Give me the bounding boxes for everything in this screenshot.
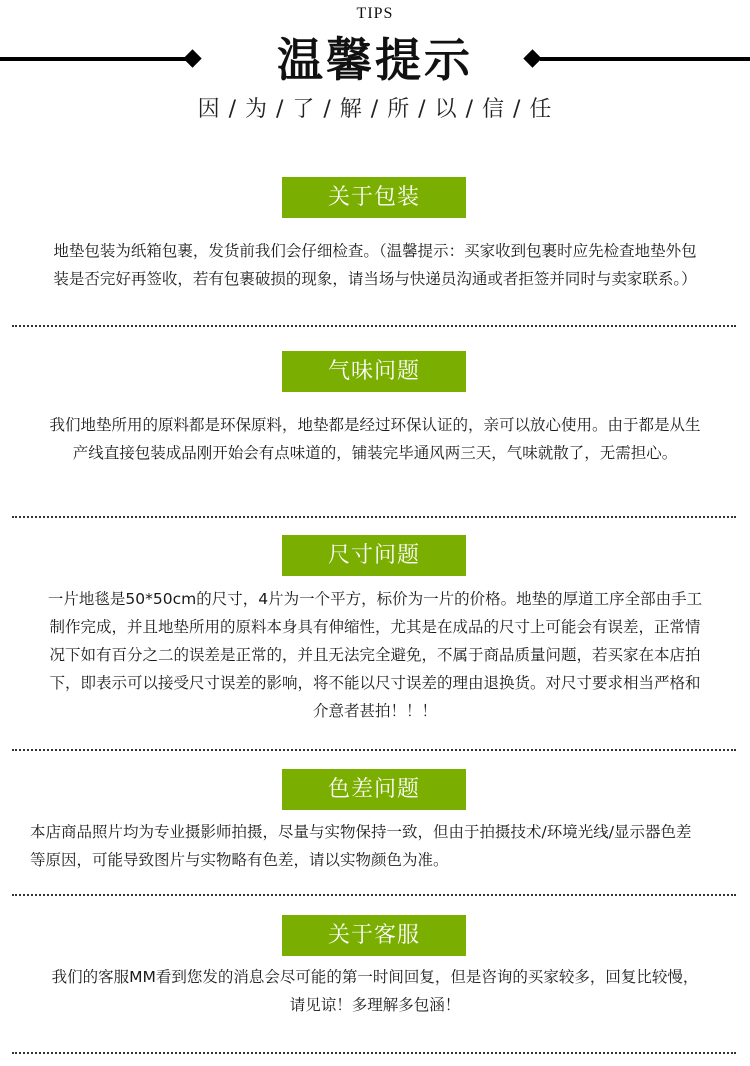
section-body-odor: 我们地垫所用的原料都是环保原料，地垫都是经过环保认证的，亲可以放心使用。由于都是… bbox=[30, 411, 720, 467]
section-body-color: 本店商品照片均为专业摄影师拍摄，尽量与实物保持一致，但由于拍摄技术/环境光线/显… bbox=[30, 818, 720, 874]
body-line: 产线直接包装成品刚开始会有点味道的，铺装完毕通风两三天，气味就散了，无需担心。 bbox=[30, 439, 720, 467]
dotted-divider bbox=[12, 325, 736, 327]
body-line: 本店商品照片均为专业摄影师拍摄，尽量与实物保持一致，但由于拍摄技术/环境光线/显… bbox=[30, 818, 720, 846]
section-body-packaging: 地垫包装为纸箱包裹，发货前我们会仔细检查。（温馨提示：买家收到包裹时应先检查地垫… bbox=[30, 237, 720, 293]
body-line: 装是否完好再签收，若有包裹破损的现象，请当场与快递员沟通或者拒签并同时与卖家联系… bbox=[30, 265, 720, 293]
dotted-divider bbox=[12, 1052, 736, 1054]
body-line: 请见谅！多理解多包涵！ bbox=[30, 991, 720, 1019]
body-line: 下，即表示可以接受尺寸误差的影响，将不能以尺寸误差的理由退换货。对尺寸要求相当严… bbox=[30, 669, 720, 697]
body-line: 介意者甚拍！！！ bbox=[30, 697, 720, 725]
header-rule-right bbox=[540, 57, 750, 61]
section-heading-service: 关于客服 bbox=[282, 915, 466, 956]
section-heading-packaging: 关于包装 bbox=[282, 177, 466, 218]
body-line: 地垫包装为纸箱包裹，发货前我们会仔细检查。（温馨提示：买家收到包裹时应先检查地垫… bbox=[30, 237, 720, 265]
tips-label: TIPS bbox=[0, 5, 750, 23]
body-line: 一片地毯是50*50cm的尺寸，4片为一个平方，标价为一片的价格。地垫的厚道工序… bbox=[30, 585, 720, 613]
dotted-divider bbox=[12, 516, 736, 518]
dotted-divider bbox=[12, 894, 736, 896]
section-heading-size: 尺寸问题 bbox=[282, 535, 466, 576]
body-line: 我们的客服MM看到您发的消息会尽可能的第一时间回复，但是咨询的买家较多，回复比较… bbox=[30, 963, 720, 991]
body-line: 等原因，可能导致图片与实物略有色差，请以实物颜色为准。 bbox=[30, 846, 720, 874]
section-body-service: 我们的客服MM看到您发的消息会尽可能的第一时间回复，但是咨询的买家较多，回复比较… bbox=[30, 963, 720, 1019]
section-body-size: 一片地毯是50*50cm的尺寸，4片为一个平方，标价为一片的价格。地垫的厚道工序… bbox=[30, 585, 720, 725]
dotted-divider bbox=[12, 749, 736, 751]
page-subtitle: 因 / 为 / 了 / 解 / 所 / 以 / 信 / 任 bbox=[0, 95, 750, 125]
body-line: 况下如有百分之二的误差是正常的，并且无法完全避免，不属于商品质量问题，若买家在本… bbox=[30, 641, 720, 669]
body-line: 我们地垫所用的原料都是环保原料，地垫都是经过环保认证的，亲可以放心使用。由于都是… bbox=[30, 411, 720, 439]
body-line: 制作完成，并且地垫所用的原料本身具有伸缩性，尤其是在成品的尺寸上可能会有误差，正… bbox=[30, 613, 720, 641]
section-heading-odor: 气味问题 bbox=[282, 351, 466, 392]
section-heading-color: 色差问题 bbox=[282, 769, 466, 810]
